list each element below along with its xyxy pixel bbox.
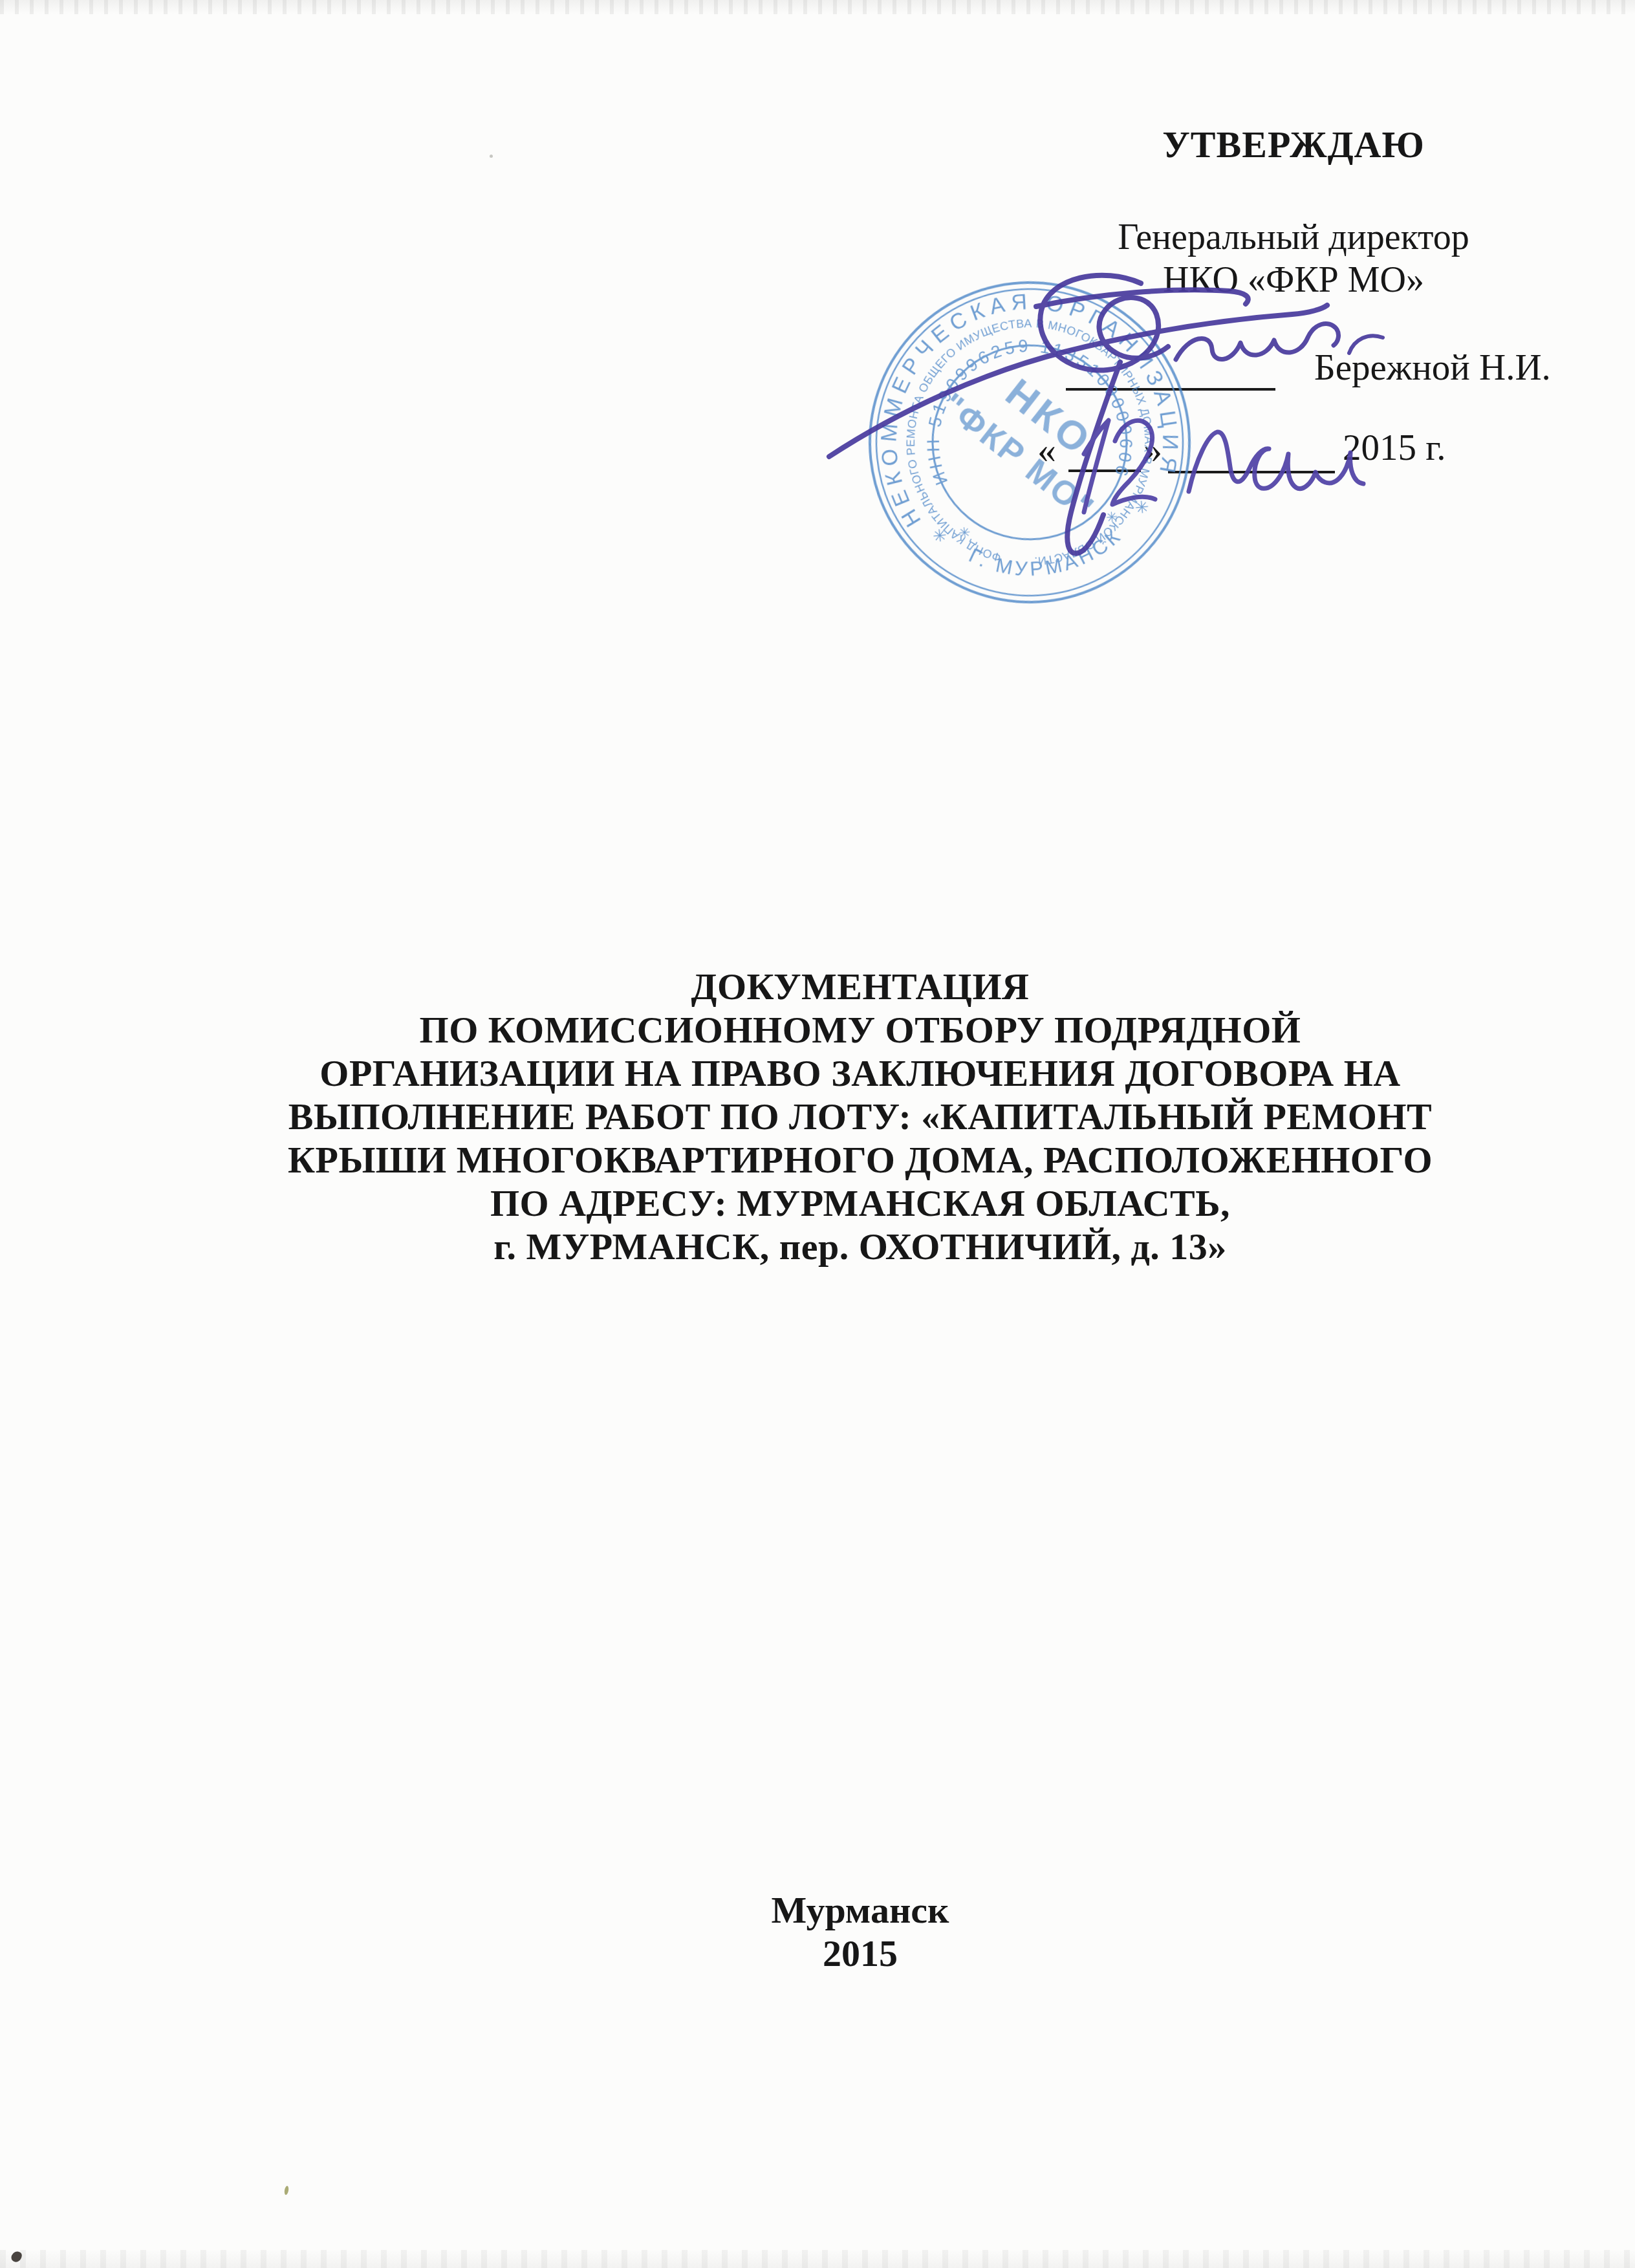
stamp-star-icon: ✳: [1105, 509, 1119, 526]
signer-name: Бережной Н.И.: [1314, 347, 1551, 389]
scanned-document-page: УТВЕРЖДАЮ Генеральный директор НКО «ФКР …: [0, 0, 1635, 2268]
stamp-group: НЕКОММЕРЧЕСКАЯ ОРГАНИЗАЦИЯ Г. МУРМАНСК Ф…: [854, 267, 1206, 618]
document-title: ДОКУМЕНТАЦИЯ ПО КОМИССИОННОМУ ОТБОРУ ПОД…: [235, 965, 1485, 1268]
footer-year: 2015: [666, 1932, 1054, 1975]
title-line: ПО АДРЕСУ: МУРМАНСКАЯ ОБЛАСТЬ,: [235, 1182, 1485, 1225]
title-line: ОРГАНИЗАЦИИ НА ПРАВО ЗАКЛЮЧЕНИЯ ДОГОВОРА…: [235, 1052, 1485, 1095]
footer-city: Мурманск: [666, 1888, 1054, 1932]
handwritten-month: мая: [1189, 432, 1363, 491]
scan-speck-olive: [284, 2186, 289, 2196]
stamp-star-icon: ✳: [958, 524, 971, 542]
round-stamp: НЕКОММЕРЧЕСКАЯ ОРГАНИЗАЦИЯ Г. МУРМАНСК Ф…: [849, 261, 1211, 623]
title-line: ВЫПОЛНЕНИЕ РАБОТ ПО ЛОТУ: «КАПИТАЛЬНЫЙ Р…: [235, 1095, 1485, 1138]
title-line: г. МУРМАНСК, пер. ОХОТНИЧИЙ, д. 13»: [235, 1225, 1485, 1268]
handwritten-month-word: [1189, 432, 1363, 491]
scan-speck-gray: [490, 155, 493, 158]
scan-artifact-top-edge: [0, 0, 1635, 14]
title-line: ПО КОМИССИОННОМУ ОТБОРУ ПОДРЯДНОЙ: [235, 1008, 1485, 1052]
stamp-star-icon: ✳: [932, 525, 948, 546]
approval-heading: УТВЕРЖДАЮ: [1015, 123, 1572, 167]
footer-block: Мурманск 2015: [666, 1888, 1054, 1975]
date-year: 2015 г.: [1343, 427, 1446, 469]
title-line: КРЫШИ МНОГОКВАРТИРНОГО ДОМА, РАСПОЛОЖЕНН…: [235, 1138, 1485, 1182]
stamp-star-icon: ✳: [1134, 497, 1150, 517]
approval-org-line1: Генеральный директор: [1015, 216, 1572, 259]
scan-artifact-bottom-edge: [0, 2250, 1635, 2268]
title-line: ДОКУМЕНТАЦИЯ: [235, 965, 1485, 1008]
